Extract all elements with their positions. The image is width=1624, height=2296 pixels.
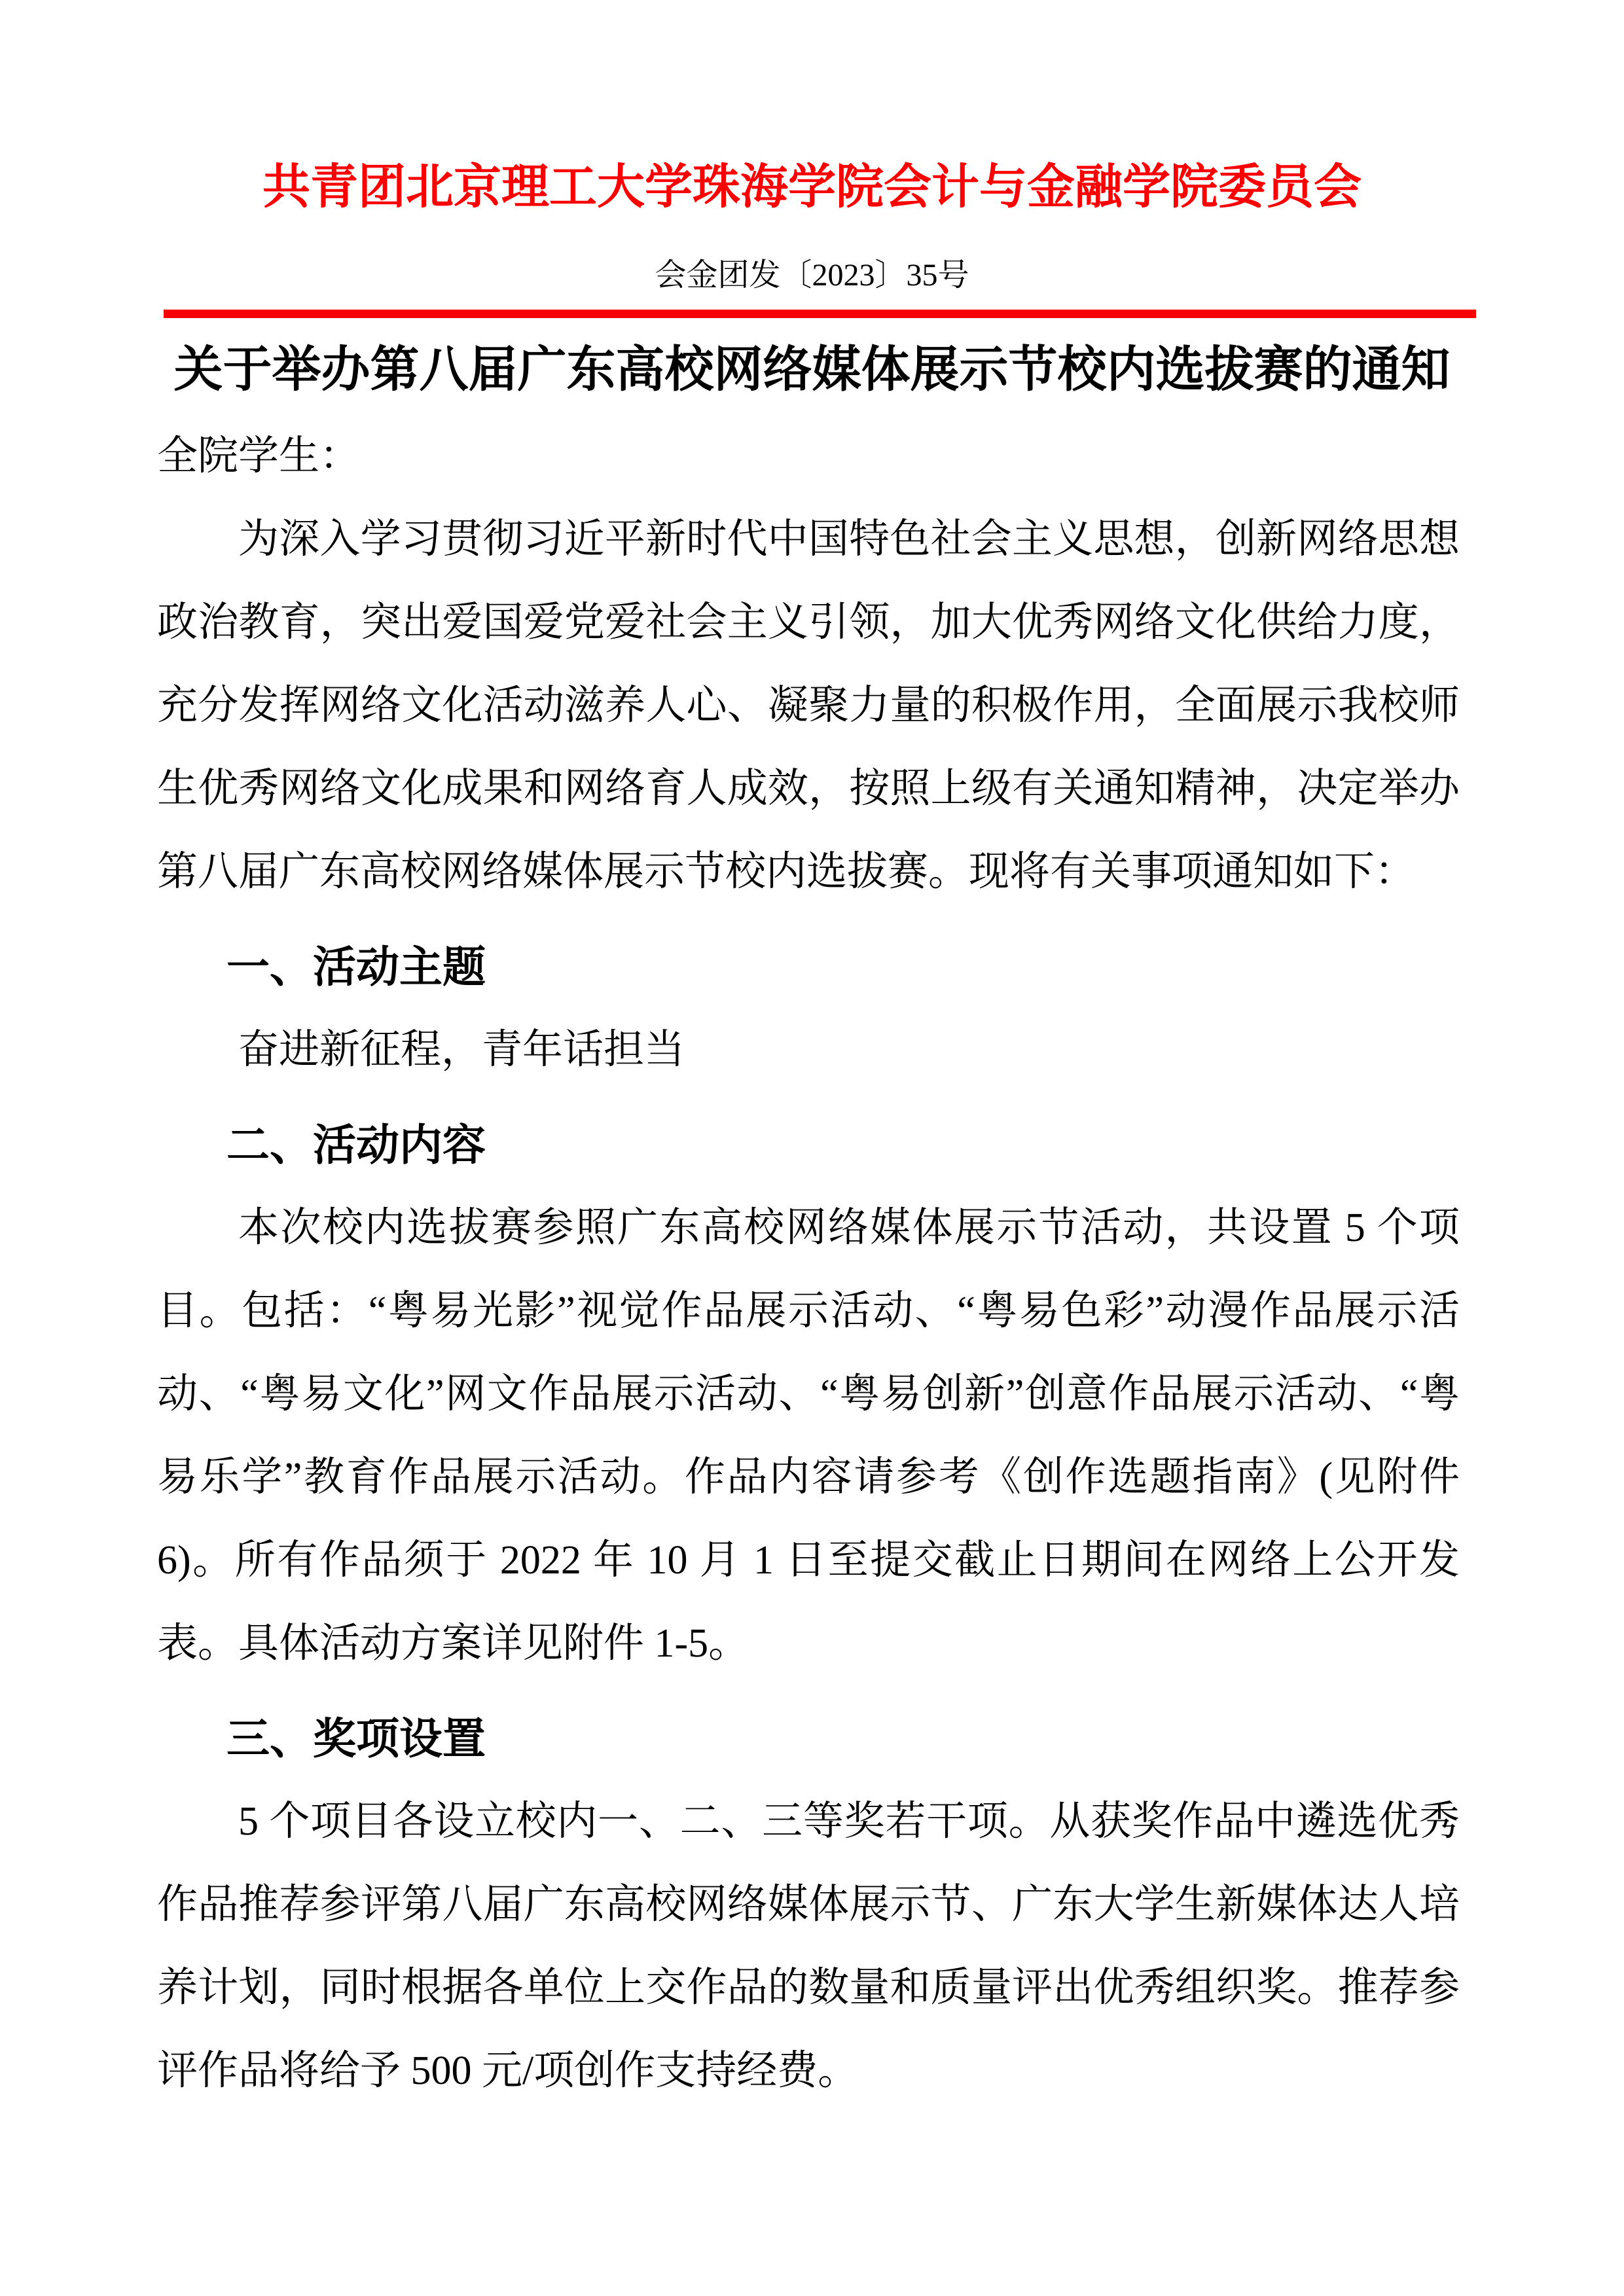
salutation: 全院学生： [157,415,1460,498]
document-page: 共青团北京理工大学珠海学院会计与金融学院委员会 会金团发〔2023〕35号 关于… [0,0,1624,2296]
red-separator-rule [164,310,1476,318]
paragraph-intro: 为深入学习贯彻习近平新时代中国特色社会主义思想，创新网络思想政治教育，突出爱国爱… [157,498,1460,914]
document-title: 关于举办第八届广东高校网络媒体展示节校内选拔赛的通知 [0,339,1624,402]
document-body: 全院学生： 为深入学习贯彻习近平新时代中国特色社会主义思想，创新网络思想政治教育… [157,415,1460,2113]
paragraph-awards: 5 个项目各设立校内一、二、三等奖若干项。从获奖作品中遴选优秀作品推荐参评第八届… [157,1780,1460,2113]
paragraph-theme: 奋进新征程，青年话担当 [157,1009,1460,1092]
section-heading-1: 一、活动主题 [157,925,1460,1009]
section-heading-2: 二、活动内容 [157,1103,1460,1187]
letterhead-org-name: 共青团北京理工大学珠海学院会计与金融学院委员会 [0,161,1624,213]
doc-number: 会金团发〔2023〕35号 [0,257,1624,295]
section-heading-3: 三、奖项设置 [157,1697,1460,1780]
paragraph-content: 本次校内选拔赛参照广东高校网络媒体展示节活动，共设置 5 个项目。包括：“粤易光… [157,1187,1460,1685]
